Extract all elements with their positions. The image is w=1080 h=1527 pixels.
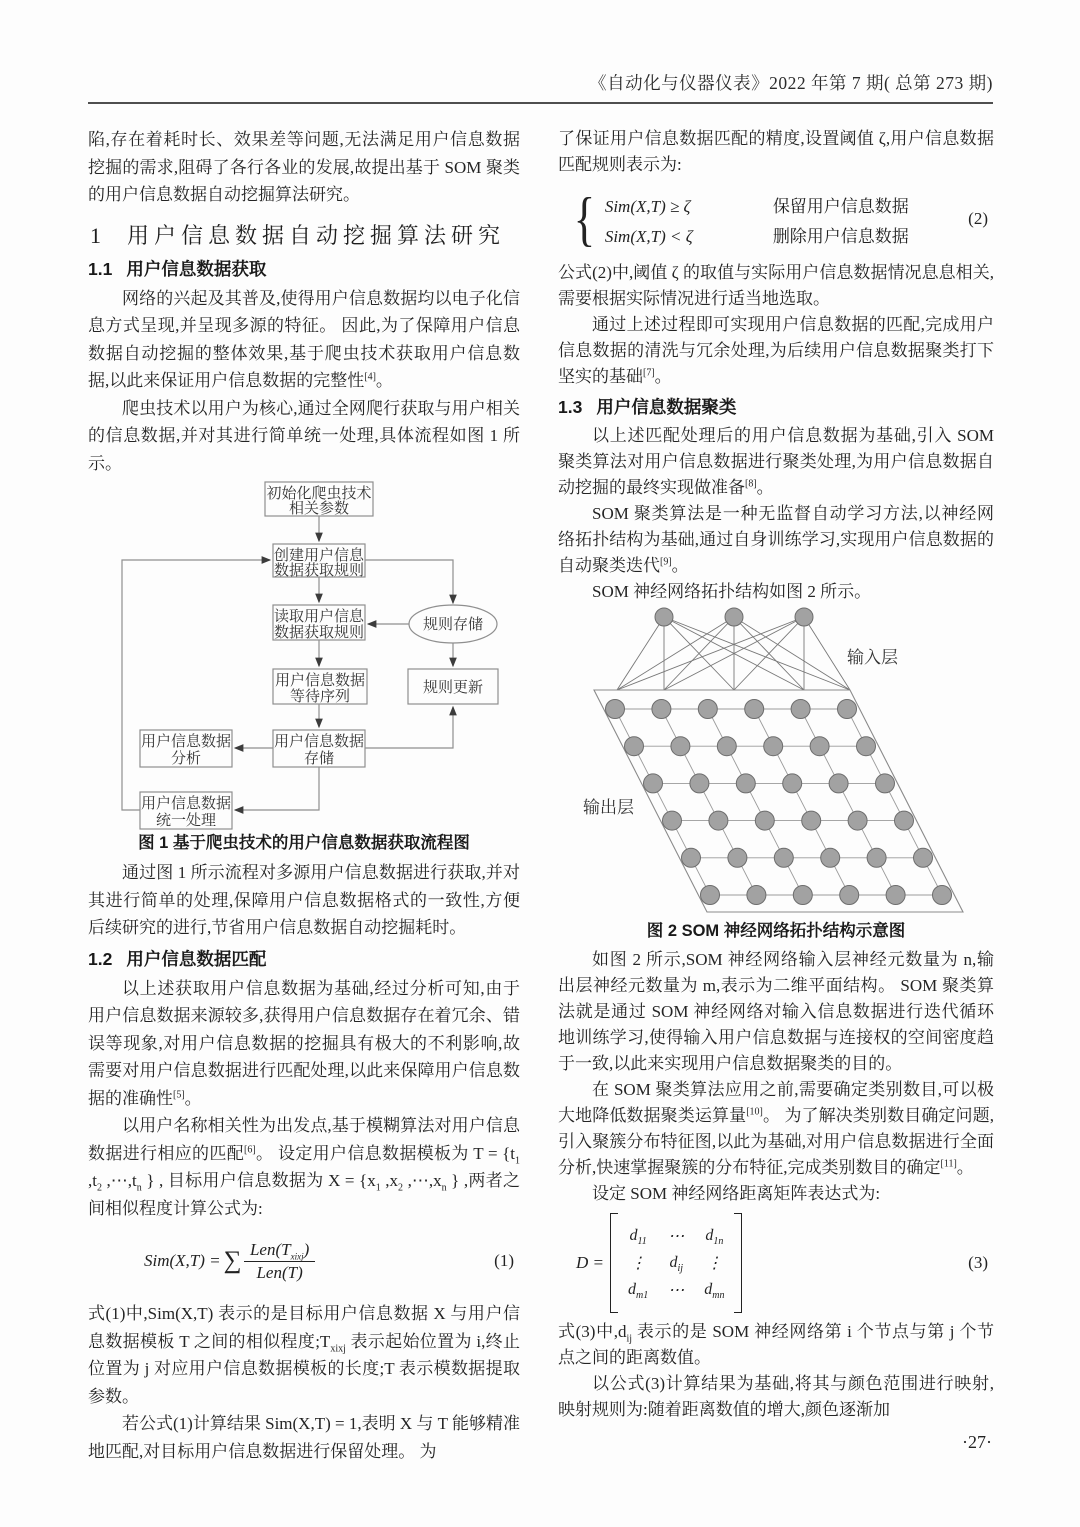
paragraph: 以上述获取用户信息数据为基础,经过分析可知,由于用户信息数据来源较多,获得用户信… (88, 975, 520, 1113)
output-neuron (821, 848, 840, 867)
output-neuron (914, 848, 933, 867)
paragraph: 网络的兴起及其普及,使得用户信息数据均以电子化信息方式呈现,并呈现多源的特征。 … (88, 285, 520, 395)
subsection-title: 用户信息数据匹配 (126, 946, 266, 973)
figure-1-flowchart: 初始化爬虫技术 相关参数 创建用户信息 数据获取规则 读取用户信息 数据获取规则… (88, 479, 520, 831)
subsection-heading-1-2: 1.2 用户信息数据匹配 (88, 946, 520, 973)
output-neuron (709, 811, 728, 830)
paragraph: 在 SOM 聚类算法应用之前,需要确定类别数目,可以极大地降低数据聚类运算量[1… (558, 1077, 994, 1181)
eq1-denominator: Len(T) (244, 1261, 314, 1283)
eq1-fraction: Len(Txixj) Len(T) (244, 1239, 314, 1283)
output-neuron (682, 848, 701, 867)
figure-2: 输入层 输出层 图 2 SOM 神经网络拓扑结构示意图 (558, 607, 994, 944)
paragraph-intro: 陷,存在着耗时长、效果差等问题,无法满足用户信息数据挖掘的需求,阻碍了各行各业的… (88, 126, 520, 209)
svg-text:等待序列: 等待序列 (290, 687, 350, 705)
paragraph: SOM 聚类算法是一种无监督自动学习方法,以神经网络拓扑结构为基础,通过自身训练… (558, 501, 994, 579)
svg-text:数据获取规则: 数据获取规则 (274, 623, 364, 641)
output-neuron (717, 737, 736, 756)
subsection-number: 1.3 (558, 394, 582, 421)
output-neuron (810, 737, 829, 756)
section-heading-1: 1 用户信息数据自动挖掘算法研究 (90, 219, 520, 250)
subsection-number: 1.2 (88, 946, 112, 973)
output-neuron (701, 886, 720, 905)
output-neuron (867, 848, 886, 867)
eq3-number: (3) (968, 1253, 988, 1273)
output-neuron (886, 886, 905, 905)
paragraph: 了保证用户信息数据匹配的精度,设置阈值 ζ,用户信息数据匹配规则表示为: (558, 126, 994, 178)
matrix-bracket-right (734, 1213, 742, 1313)
paper-page: 《自动化与仪器仪表》2022 年第 7 期( 总第 273 期) 陷,存在着耗时… (0, 0, 1080, 1527)
output-neuron (698, 700, 717, 719)
subsection-heading-1-3: 1.3 用户信息数据聚类 (558, 394, 994, 421)
subsection-number: 1.1 (88, 256, 112, 283)
output-neuron (840, 886, 859, 905)
section-title: 用户信息数据自动挖掘算法研究 (127, 219, 505, 250)
output-neuron (728, 848, 747, 867)
eq2-row-delete: Sim(X,T) < ζ 删除用户信息数据 (605, 222, 909, 247)
svg-text:数据获取规则: 数据获取规则 (274, 561, 364, 579)
output-neuron (690, 774, 709, 793)
svg-text:初始化爬虫技术: 初始化爬虫技术 (266, 485, 371, 502)
left-column: 陷,存在着耗时长、效果差等问题,无法满足用户信息数据挖掘的需求,阻碍了各行各业的… (88, 126, 520, 1465)
output-layer-label: 输出层 (583, 798, 634, 817)
svg-text:规则存储: 规则存储 (423, 615, 483, 633)
output-neuron (783, 774, 802, 793)
output-neuron (933, 886, 952, 905)
eq2-rows: Sim(X,T) ≥ ζ 保留用户信息数据 Sim(X,T) < ζ 删除用户信… (605, 192, 909, 247)
paragraph: 若公式(1)计算结果 Sim(X,T) = 1,表明 X 与 T 能够精准地匹配… (88, 1410, 520, 1465)
output-neuron (736, 774, 755, 793)
header-rule (88, 102, 993, 104)
figure-1-caption: 图 1 基于爬虫技术的用户信息数据获取流程图 (88, 831, 520, 856)
figure-2-som-topology: 输入层 输出层 (558, 607, 994, 919)
paragraph: 通过图 1 所示流程对多源用户信息数据进行获取,并对其进行简单的处理,保障用户信… (88, 859, 520, 942)
output-plane (594, 690, 963, 912)
eq1-number: (1) (494, 1251, 514, 1271)
eq1-lhs: Sim(X,T) = (144, 1251, 221, 1271)
subsection-title: 用户信息数据聚类 (596, 394, 736, 421)
right-column: 了保证用户信息数据匹配的精度,设置阈值 ζ,用户信息数据匹配规则表示为: { S… (558, 126, 994, 1423)
brace-symbol: { (574, 189, 596, 249)
equation-1: Sim(X,T) = ∑ Len(Txixj) Len(T) (1) (88, 1228, 520, 1294)
section-number: 1 (90, 223, 101, 249)
output-neuron (876, 774, 895, 793)
equation-2: { Sim(X,T) ≥ ζ 保留用户信息数据 Sim(X,T) < ζ 删除用… (558, 184, 994, 254)
output-neuron (671, 737, 690, 756)
svg-text:规则更新: 规则更新 (423, 679, 483, 696)
subsection-heading-1-1: 1.1 用户信息数据获取 (88, 256, 520, 283)
output-neuron (791, 700, 810, 719)
svg-text:用户信息数据: 用户信息数据 (141, 794, 231, 812)
svg-text:用户信息数据: 用户信息数据 (141, 732, 231, 750)
input-fan-lines (617, 617, 850, 690)
paragraph: 公式(2)中,阈值 ζ 的取值与实际用户信息数据情况息息相关,需要根据实际情况进… (558, 260, 994, 312)
output-neuron (829, 774, 848, 793)
paragraph: 式(3)中,dij 表示的是 SOM 神经网络第 i 个节点与第 j 个节点之间… (558, 1319, 994, 1371)
svg-text:存储: 存储 (304, 749, 334, 767)
paragraph: SOM 神经网络拓扑结构如图 2 所示。 (558, 579, 994, 605)
output-neuron (774, 848, 793, 867)
journal-header: 《自动化与仪器仪表》2022 年第 7 期( 总第 273 期) (589, 70, 993, 95)
svg-text:相关参数: 相关参数 (289, 500, 349, 517)
svg-text:分析: 分析 (171, 750, 201, 767)
svg-text:用户信息数据: 用户信息数据 (275, 671, 365, 689)
svg-text:用户信息数据: 用户信息数据 (274, 732, 364, 750)
output-neuron (838, 700, 857, 719)
output-neuron (793, 886, 812, 905)
subsection-title: 用户信息数据获取 (126, 256, 266, 283)
svg-text:创建用户信息: 创建用户信息 (274, 547, 365, 564)
paragraph: 式(1)中,Sim(X,T) 表示的是目标用户信息数据 X 与用户信息数据模板 … (88, 1300, 520, 1410)
figure-1: 初始化爬虫技术 相关参数 创建用户信息 数据获取规则 读取用户信息 数据获取规则… (88, 479, 520, 856)
sigma-symbol: ∑ (224, 1247, 242, 1275)
paragraph: 以用户名称相关性为出发点,基于模糊算法对用户信息数据进行相应的匹配[6]。 设定… (88, 1112, 520, 1222)
output-neuron (652, 700, 671, 719)
input-layer-label: 输入层 (847, 648, 898, 667)
svg-text:统一处理: 统一处理 (156, 812, 216, 829)
matrix-bracket-left (610, 1213, 618, 1313)
output-neuron (802, 811, 821, 830)
output-neuron (764, 737, 783, 756)
eq2-number: (2) (968, 209, 988, 229)
output-neuron (755, 811, 774, 830)
output-neuron (848, 811, 867, 830)
figure-2-caption: 图 2 SOM 神经网络拓扑结构示意图 (558, 919, 994, 944)
paragraph: 以公式(3)计算结果为基础,将其与颜色范围进行映射,映射规则为:随着距离数值的增… (558, 1371, 994, 1423)
eq2-row-keep: Sim(X,T) ≥ ζ 保留用户信息数据 (605, 192, 909, 217)
eq3-lhs: D = (576, 1253, 604, 1273)
output-neuron (606, 700, 625, 719)
distance-matrix: d11⋯d1n ⋮dij⋮ dm1⋯dmn (618, 1221, 734, 1305)
output-neuron (663, 811, 682, 830)
output-neuron (857, 737, 876, 756)
paragraph: 以上述匹配处理后的用户信息数据为基础,引入 SOM 聚类算法对用户信息数据进行聚… (558, 423, 994, 501)
paragraph: 爬虫技术以用户为核心,通过全网爬行获取与用户相关的信息数据,并对其进行简单统一处… (88, 395, 520, 478)
input-neurons (655, 608, 813, 626)
output-neuron (895, 811, 914, 830)
output-neuron (747, 886, 766, 905)
page-number: ·27· (962, 1432, 992, 1453)
svg-text:读取用户信息: 读取用户信息 (274, 608, 365, 625)
output-neuron (644, 774, 663, 793)
output-neuron (625, 737, 644, 756)
paragraph: 通过上述过程即可实现用户信息数据的匹配,完成用户信息数据的清洗与冗余处理,为后续… (558, 312, 994, 390)
paragraph: 设定 SOM 神经网络距离矩阵表达式为: (558, 1181, 994, 1207)
output-neuron (745, 700, 764, 719)
eq1-numerator: Len(Txixj) (250, 1239, 309, 1260)
flow-labels: 初始化爬虫技术 相关参数 创建用户信息 数据获取规则 读取用户信息 数据获取规则… (141, 485, 483, 829)
equation-3: D = d11⋯d1n ⋮dij⋮ dm1⋯dmn (3) (558, 1213, 994, 1313)
paragraph: 如图 2 所示,SOM 神经网络输入层神经元数量为 n,输出层神经元数量为 m,… (558, 947, 994, 1077)
